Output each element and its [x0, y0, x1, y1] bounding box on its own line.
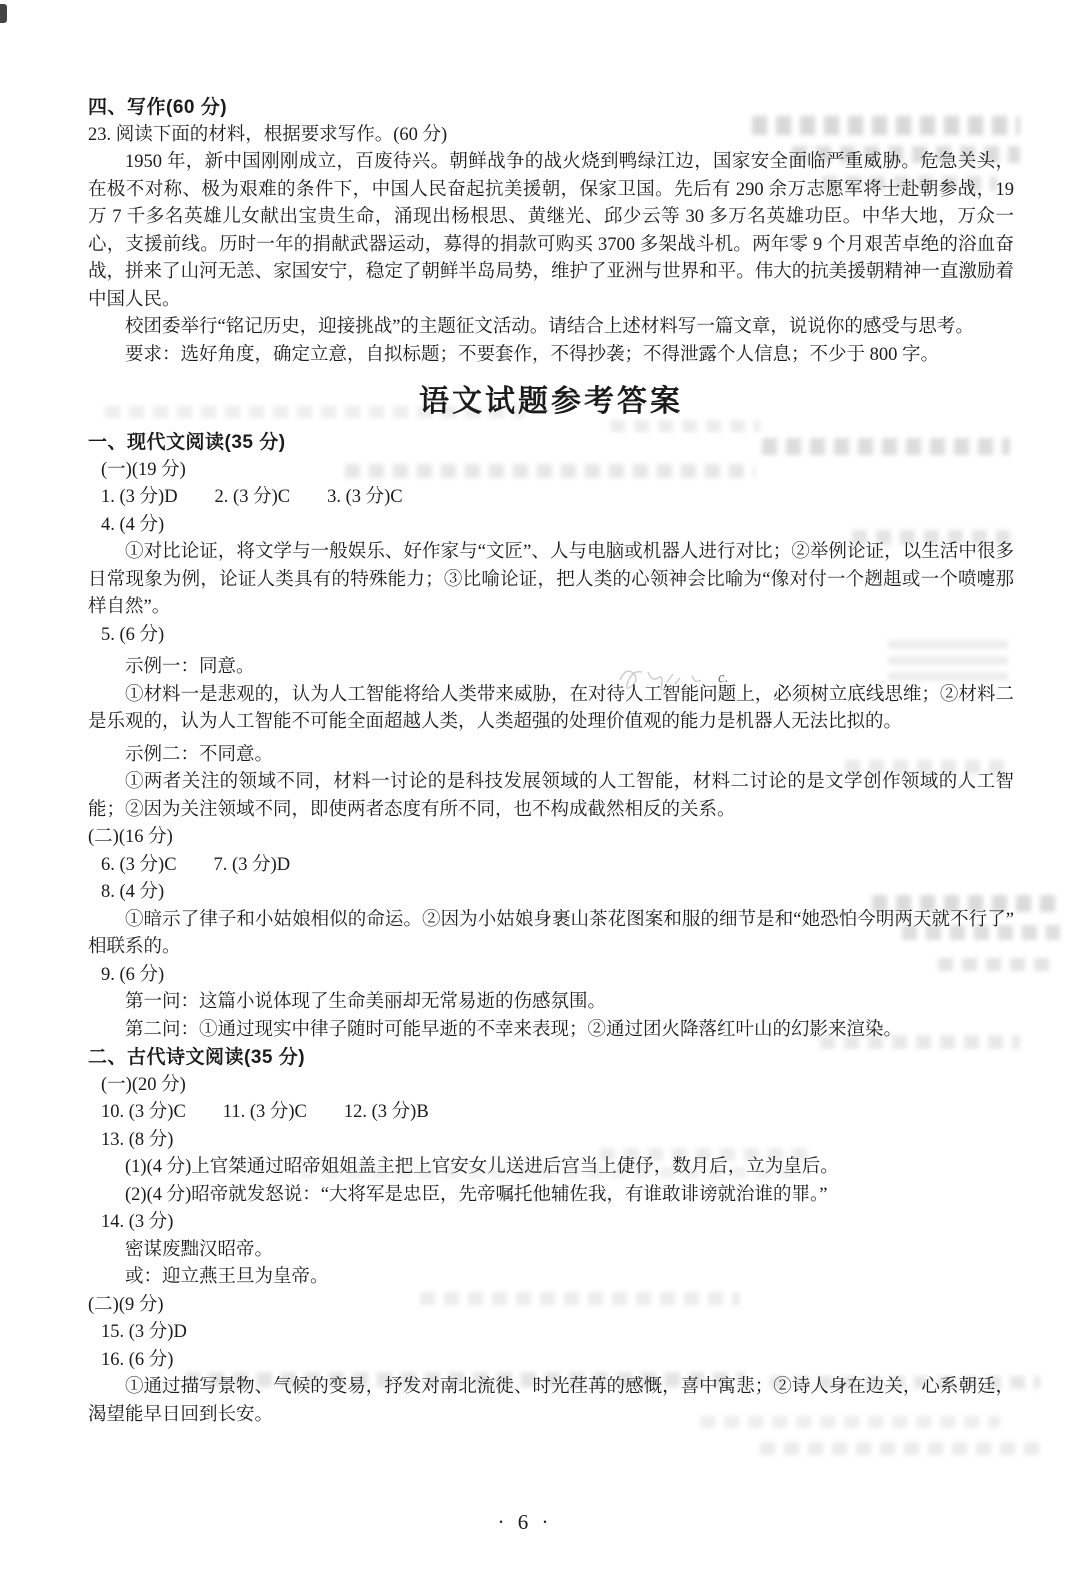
part-1-label: (一)(19 分) — [88, 457, 1014, 485]
bleedthrough-ghost — [760, 1442, 1040, 1455]
q16-label: 16. (6 分) — [88, 1347, 1014, 1375]
q5-example2-answer: ①两者关注的领域不同，材料一讨论的是科技发展领域的人工智能，材料二讨论的是文学创… — [88, 769, 1014, 824]
section-2-heading: 二、古代诗文阅读(35 分) — [88, 1044, 1014, 1072]
part-2-label: (二)(16 分) — [88, 824, 1014, 852]
q9-label: 9. (6 分) — [88, 962, 1014, 990]
page-number: · 6 · — [0, 1510, 1050, 1535]
q14-answer-2: 或：迎立燕王旦为皇帝。 — [88, 1264, 1014, 1292]
scan-edge-artifact — [0, 4, 7, 23]
q8-label: 8. (4 分) — [88, 879, 1014, 907]
q4-answer: ①对比论证，将文学与一般娱乐、好作家与“文匠”、人与电脑或机器人进行对比；②举例… — [88, 539, 1014, 622]
q14-answer-1: 密谋废黜汉昭帝。 — [88, 1237, 1014, 1265]
q9-answer-2: 第二问：①通过现实中律子随时可能早逝的不幸来表现；②通过团火降落红叶山的幻影来渲… — [88, 1017, 1014, 1045]
section-4-heading: 四、写作(60 分) — [88, 94, 1014, 122]
q8-answer: ①暗示了律子和小姑娘相似的命运。②因为小姑娘身裹山茶花图案和服的细节是和“她恐怕… — [88, 907, 1014, 962]
q5-example1-answer: ①材料一是悲观的，认为人工智能将给人类带来威胁，在对待人工智能问题上，必须树立底… — [88, 682, 1014, 737]
q9-answer-1: 第一问：这篇小说体现了生命美丽却无常易逝的伤感氛围。 — [88, 989, 1014, 1017]
answer-q15: 15. (3 分)D — [88, 1319, 1014, 1347]
q5-example2-label: 示例二：不同意。 — [88, 742, 1014, 770]
q5-label: 5. (6 分) — [88, 622, 1014, 650]
q13-label: 13. (8 分) — [88, 1127, 1014, 1155]
question-23-prompt: 23. 阅读下面的材料，根据要求写作。(60 分) — [88, 122, 1014, 150]
q14-label: 14. (3 分) — [88, 1209, 1014, 1237]
answers-q1-q3: 1. (3 分)D 2. (3 分)C 3. (3 分)C — [88, 484, 1014, 512]
scanned-exam-answer-page: c. 四、写作(60 分) 23. 阅读下面的材料，根据要求写作。(60 分) … — [0, 0, 1080, 1572]
essay-material-paragraph: 1950 年，新中国刚刚成立，百废待兴。朝鲜战争的战火烧到鸭绿江边，国家安全面临… — [88, 149, 1014, 314]
q5-example1-label: 示例一：同意。 — [88, 654, 1014, 682]
essay-requirements: 要求：选好角度，确定立意，自拟标题；不要套作，不得抄袭；不得泄露个人信息；不少于… — [88, 342, 1014, 370]
answer-key-title: 语文试题参考答案 — [88, 382, 1014, 422]
document-content: 四、写作(60 分) 23. 阅读下面的材料，根据要求写作。(60 分) 195… — [88, 94, 1014, 1429]
answers-q10-q12: 10. (3 分)C 11. (3 分)C 12. (3 分)B — [88, 1099, 1014, 1127]
part-2-label-s2: (二)(9 分) — [88, 1292, 1014, 1320]
q4-label: 4. (4 分) — [88, 512, 1014, 540]
essay-activity-paragraph: 校团委举行“铭记历史，迎接挑战”的主题征文活动。请结合上述材料写一篇文章，说说你… — [88, 314, 1014, 342]
q13-answer-1: (1)(4 分)上官桀通过昭帝姐姐盖主把上官安女儿送进后宫当上倢伃，数月后，立为… — [88, 1154, 1014, 1182]
q16-answer: ①通过描写景物、气候的变易，抒发对南北流徙、时光荏苒的感慨，喜中寓悲；②诗人身在… — [88, 1374, 1014, 1429]
part-1-label-s2: (一)(20 分) — [88, 1072, 1014, 1100]
section-1-heading: 一、现代文阅读(35 分) — [88, 429, 1014, 457]
q13-answer-2: (2)(4 分)昭帝就发怒说：“大将军是忠臣，先帝嘱托他辅佐我，有谁敢诽谤就治谁… — [88, 1182, 1014, 1210]
answers-q6-q7: 6. (3 分)C 7. (3 分)D — [88, 852, 1014, 880]
